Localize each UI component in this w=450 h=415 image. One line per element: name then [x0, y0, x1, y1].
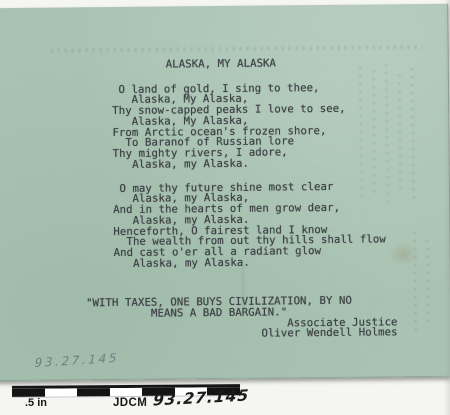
ghost-bleedthrough-row	[51, 45, 423, 53]
ghost-bleedthrough-column	[398, 74, 402, 194]
scale-segment	[77, 388, 110, 396]
poem-paper: ALASKA, MY ALASKA O land of gold, I sing…	[0, 4, 450, 381]
pencil-accession-note: 93.27.145	[34, 351, 119, 370]
scale-segment	[12, 388, 45, 396]
scanned-document: ALASKA, MY ALASKA O land of gold, I sing…	[0, 0, 450, 415]
collection-code-label: JDCM	[113, 397, 147, 409]
ghost-bleedthrough-column	[411, 68, 415, 200]
scale-segment	[45, 388, 78, 396]
scale-label: .5 in	[25, 397, 47, 409]
ghost-bleedthrough-column	[425, 240, 429, 328]
ghost-bleedthrough-column	[385, 64, 389, 204]
scan-edge-shading	[444, 0, 450, 415]
poem-title: ALASKA, MY ALASKA	[166, 58, 276, 70]
poem-stanza-2: O may thy future shine most clear Alaska…	[113, 181, 386, 270]
scale-segment	[110, 387, 143, 395]
stain-spot	[388, 242, 418, 266]
accession-number-ink: 93.27.145	[152, 386, 250, 409]
poem-stanza-1: O land of gold, I sing to thee, Alaska, …	[112, 82, 346, 171]
ghost-bleedthrough-column	[372, 71, 376, 199]
quote-block: "WITH TAXES, ONE BUYS CIVILIZATION, BY N…	[86, 295, 398, 341]
